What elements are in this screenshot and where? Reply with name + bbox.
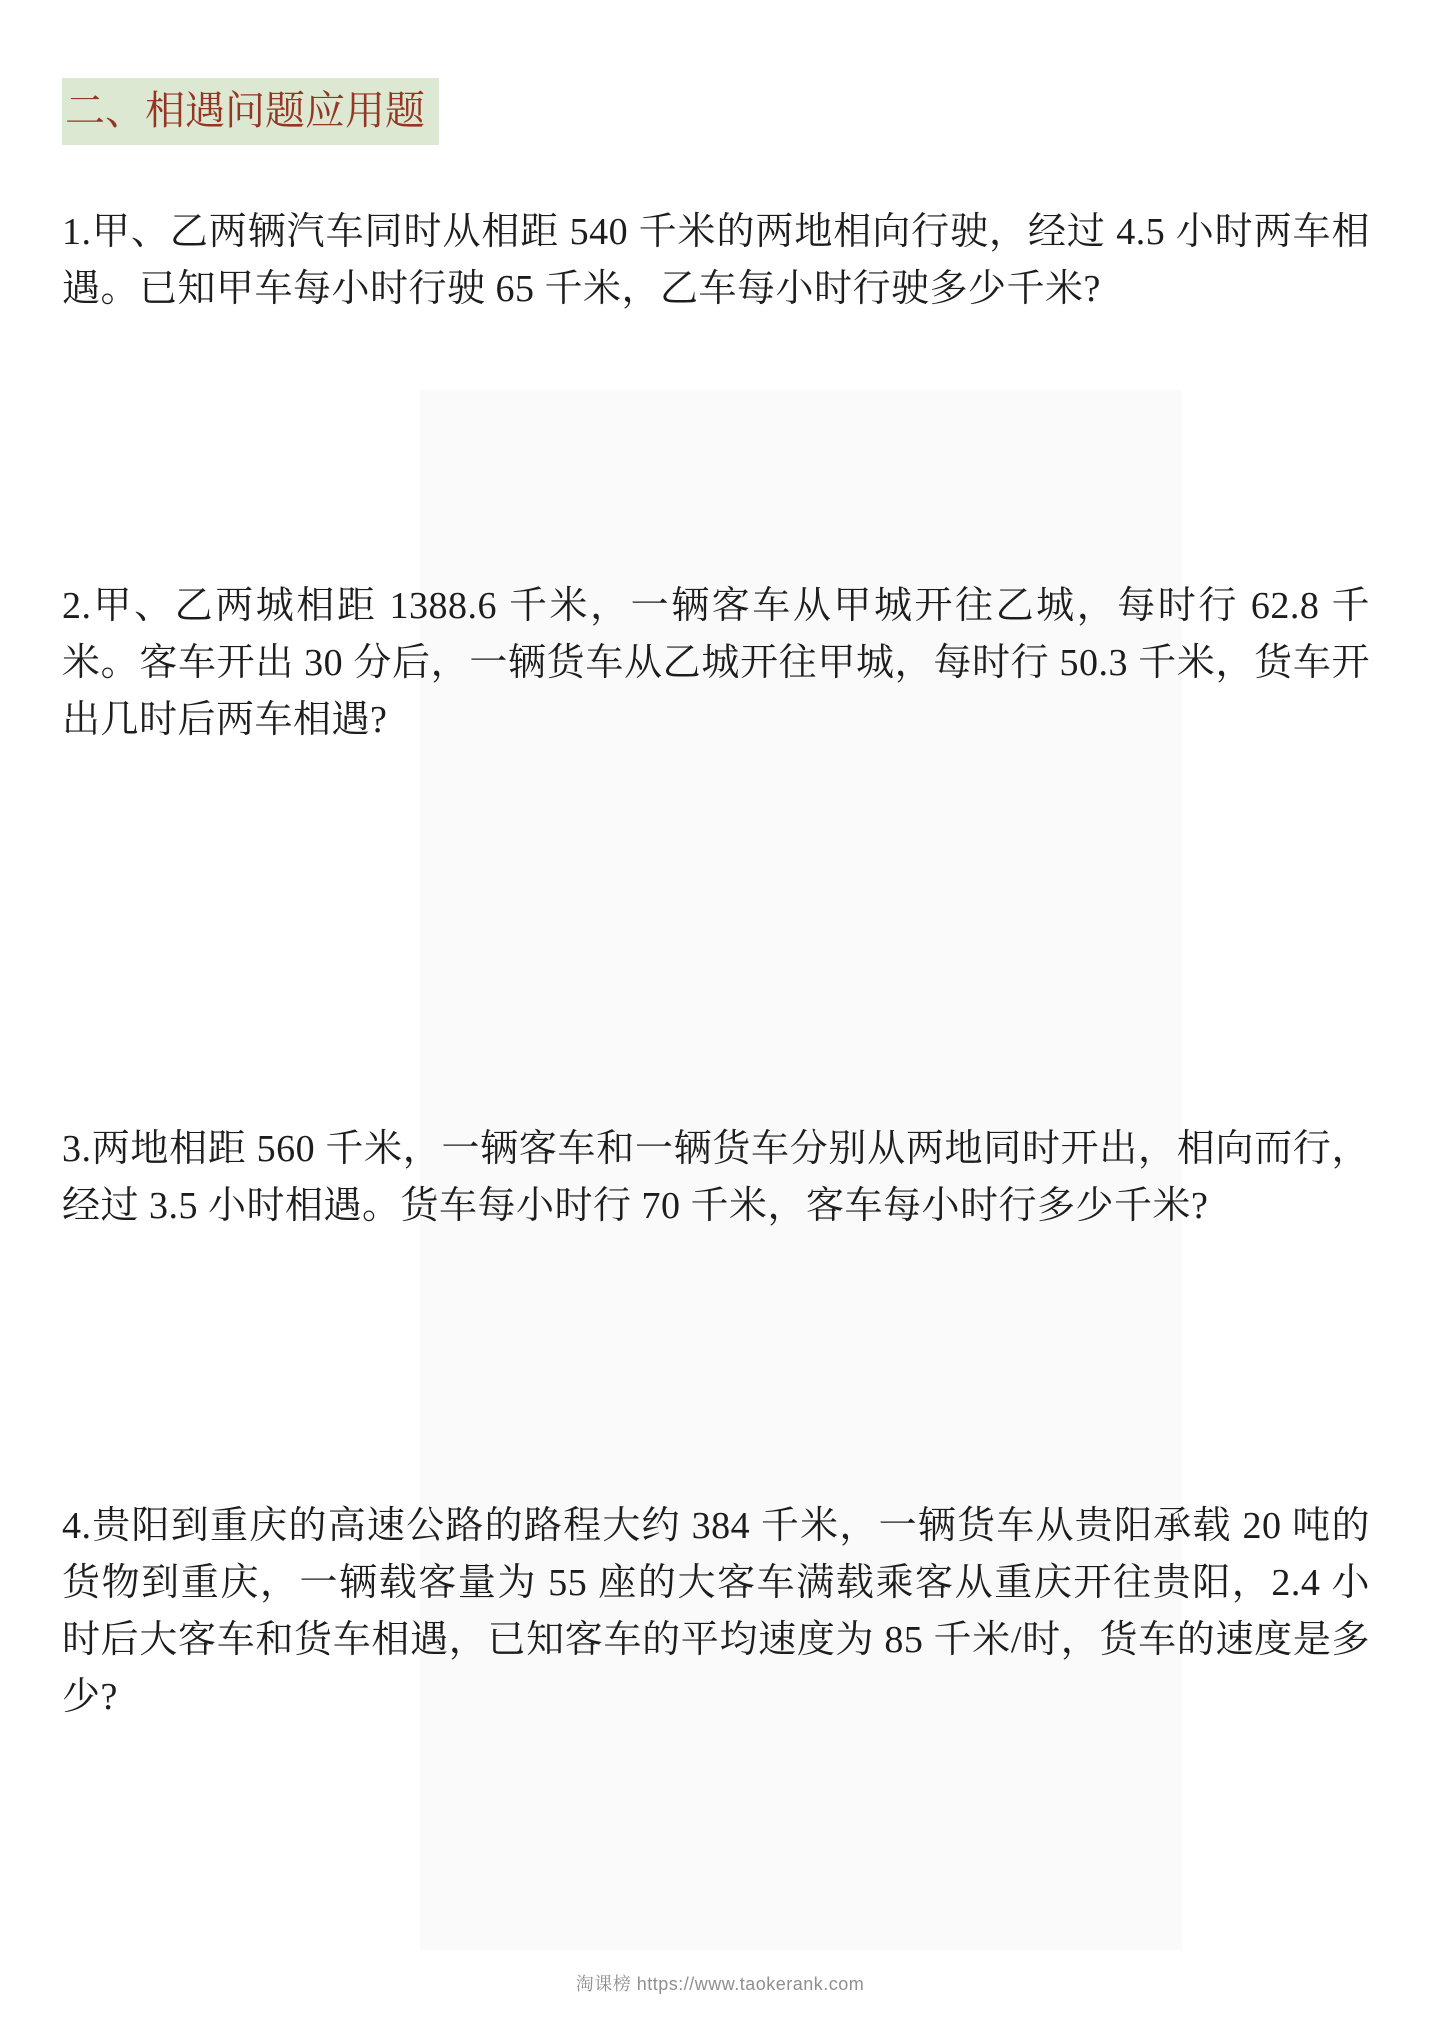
footer-watermark: 淘课榜 https://www.taokerank.com (0, 1970, 1440, 1996)
section-title-text: 二、相遇问题应用题 (65, 88, 425, 133)
problem-4-text: 4.贵阳到重庆的高速公路的路程大约 384 千米，一辆货车从贵阳承载 20 吨的… (62, 1498, 1370, 1726)
problem-3-text: 3.两地相距 560 千米，一辆客车和一辆货车分别从两地同时开出，相向而行，经过… (62, 1121, 1370, 1235)
problem-2-text: 2.甲、乙两城相距 1388.6 千米，一辆客车从甲城开往乙城，每时行 62.8… (62, 578, 1370, 749)
section-title: 二、相遇问题应用题 (62, 78, 439, 145)
problem-1-text: 1.甲、乙两辆汽车同时从相距 540 千米的两地相向行驶，经过 4.5 小时两车… (62, 204, 1370, 318)
worksheet-page: { "page": { "background_color": "#ffffff… (0, 0, 1440, 2037)
